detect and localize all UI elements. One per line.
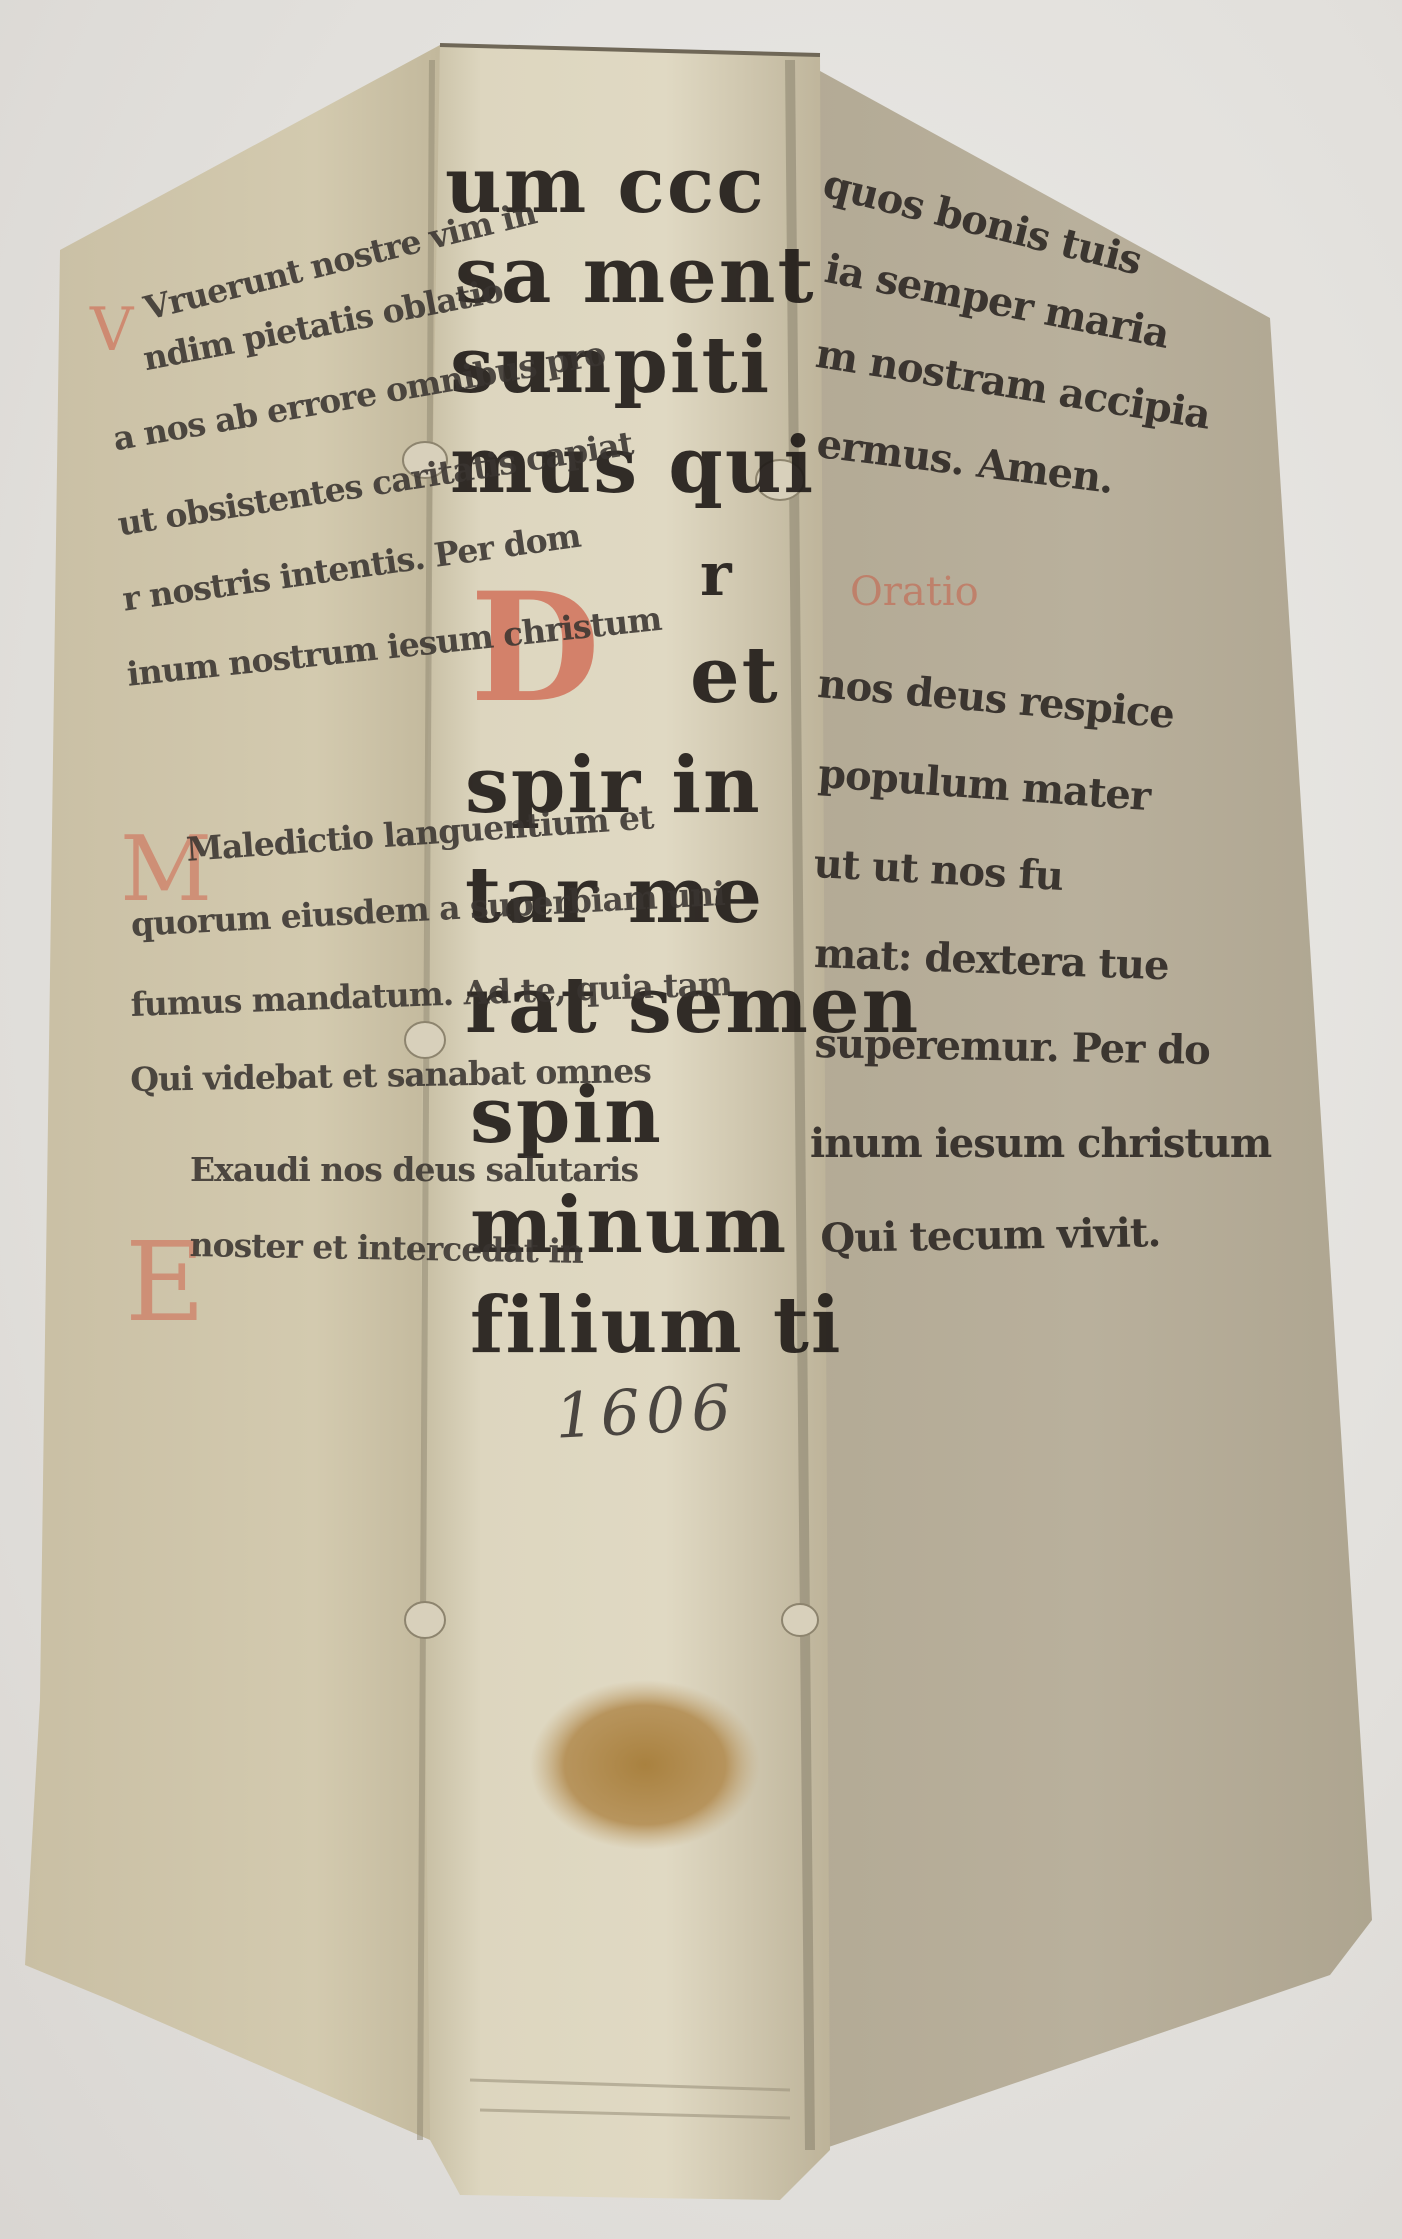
left-line: Exaudi nos deus salutaris bbox=[190, 1150, 638, 1189]
right-line: inum iesum christum bbox=[810, 1120, 1271, 1167]
handwritten-date: 1606 bbox=[553, 1370, 738, 1452]
svg-text:Oratio: Oratio bbox=[850, 569, 979, 615]
spine-line: sa ment bbox=[455, 230, 816, 321]
svg-text:V: V bbox=[89, 295, 135, 365]
photo-scene: D V M E Oratio um ccc sa ment sunpiti mu… bbox=[0, 0, 1402, 2239]
right-line: superemur. Per do bbox=[814, 1020, 1210, 1074]
left-line: noster et intercedat in bbox=[189, 1225, 583, 1271]
spine-line: filium ti bbox=[470, 1280, 843, 1371]
right-line: Qui tecum vivit. bbox=[820, 1209, 1161, 1262]
stain bbox=[530, 1680, 760, 1850]
spine-line: r bbox=[700, 540, 734, 610]
spine-line: et bbox=[690, 630, 780, 721]
